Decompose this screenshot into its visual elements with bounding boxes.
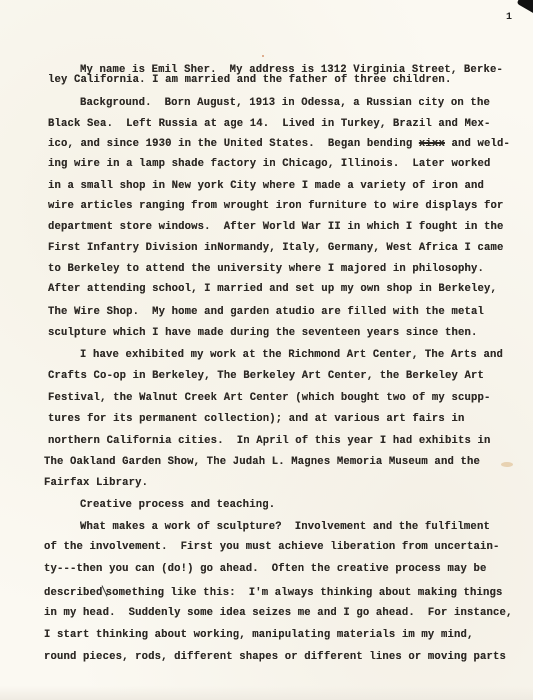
text-line: ico, and since 1930 in the United States… (48, 138, 510, 150)
text-line: wire articles ranging from wrought iron … (48, 200, 504, 212)
text-line: Black Sea. Left Russia at age 14. Lived … (48, 118, 491, 130)
text-line: in my head. Suddenly some idea seizes me… (44, 607, 513, 619)
text-line: After attending school, I married and se… (48, 283, 497, 295)
text-line: department store windows. After World Wa… (48, 221, 504, 233)
text-line: Crafts Co-op in Berkeley, The Berkeley A… (48, 370, 484, 382)
text-line: Fairfax Library. (44, 477, 148, 489)
text-line: ley California. I am married and the fat… (48, 74, 451, 86)
text-line: northern California cities. In April of … (48, 435, 491, 447)
text-line: sculpture which I have made during the s… (48, 327, 477, 339)
text-line: tures for its permanent collection); and… (48, 413, 464, 425)
text-line: round pieces, rods, different shapes or … (44, 651, 506, 663)
text-line: The Wire Shop. My home and garden atudio… (48, 306, 484, 318)
text-line: First Infantry Division inNormandy, Ital… (48, 242, 504, 254)
paper-stain (501, 462, 513, 467)
text-line: describedsomething like this: I'm always… (44, 585, 503, 599)
text-line: I start thinking about working, manipula… (44, 629, 473, 641)
typewritten-page: 1 My name is Emil Sher. My address is 13… (0, 0, 533, 700)
text-line: ing wire in a lamp shade factory in Chic… (48, 158, 491, 170)
page-corner-fold (516, 0, 533, 14)
text-line: Festival, the Walnut Creek Art Center (w… (48, 392, 491, 404)
text-line: The Oakland Garden Show, The Judah L. Ma… (44, 456, 480, 468)
page-number: 1 (506, 12, 512, 23)
text-line: What makes a work of sculpture? Involvem… (80, 521, 490, 533)
text-line: to Berkeley to attend the university whe… (48, 263, 484, 275)
text-line: Background. Born August, 1913 in Odessa,… (80, 97, 490, 109)
text-line: ty---then you can (do!) go ahead. Often … (44, 563, 487, 575)
page-bottom-edge (0, 686, 533, 700)
text-line: Creative process and teaching. (80, 499, 275, 511)
paper-speck (262, 55, 264, 57)
text-line: I have exhibited my work at the Richmond… (80, 349, 503, 361)
text-line: of the involvement. First you must achie… (44, 541, 500, 553)
text-line: in a small shop in New york City where I… (48, 180, 484, 192)
struck-out-word: xixx (419, 138, 445, 150)
